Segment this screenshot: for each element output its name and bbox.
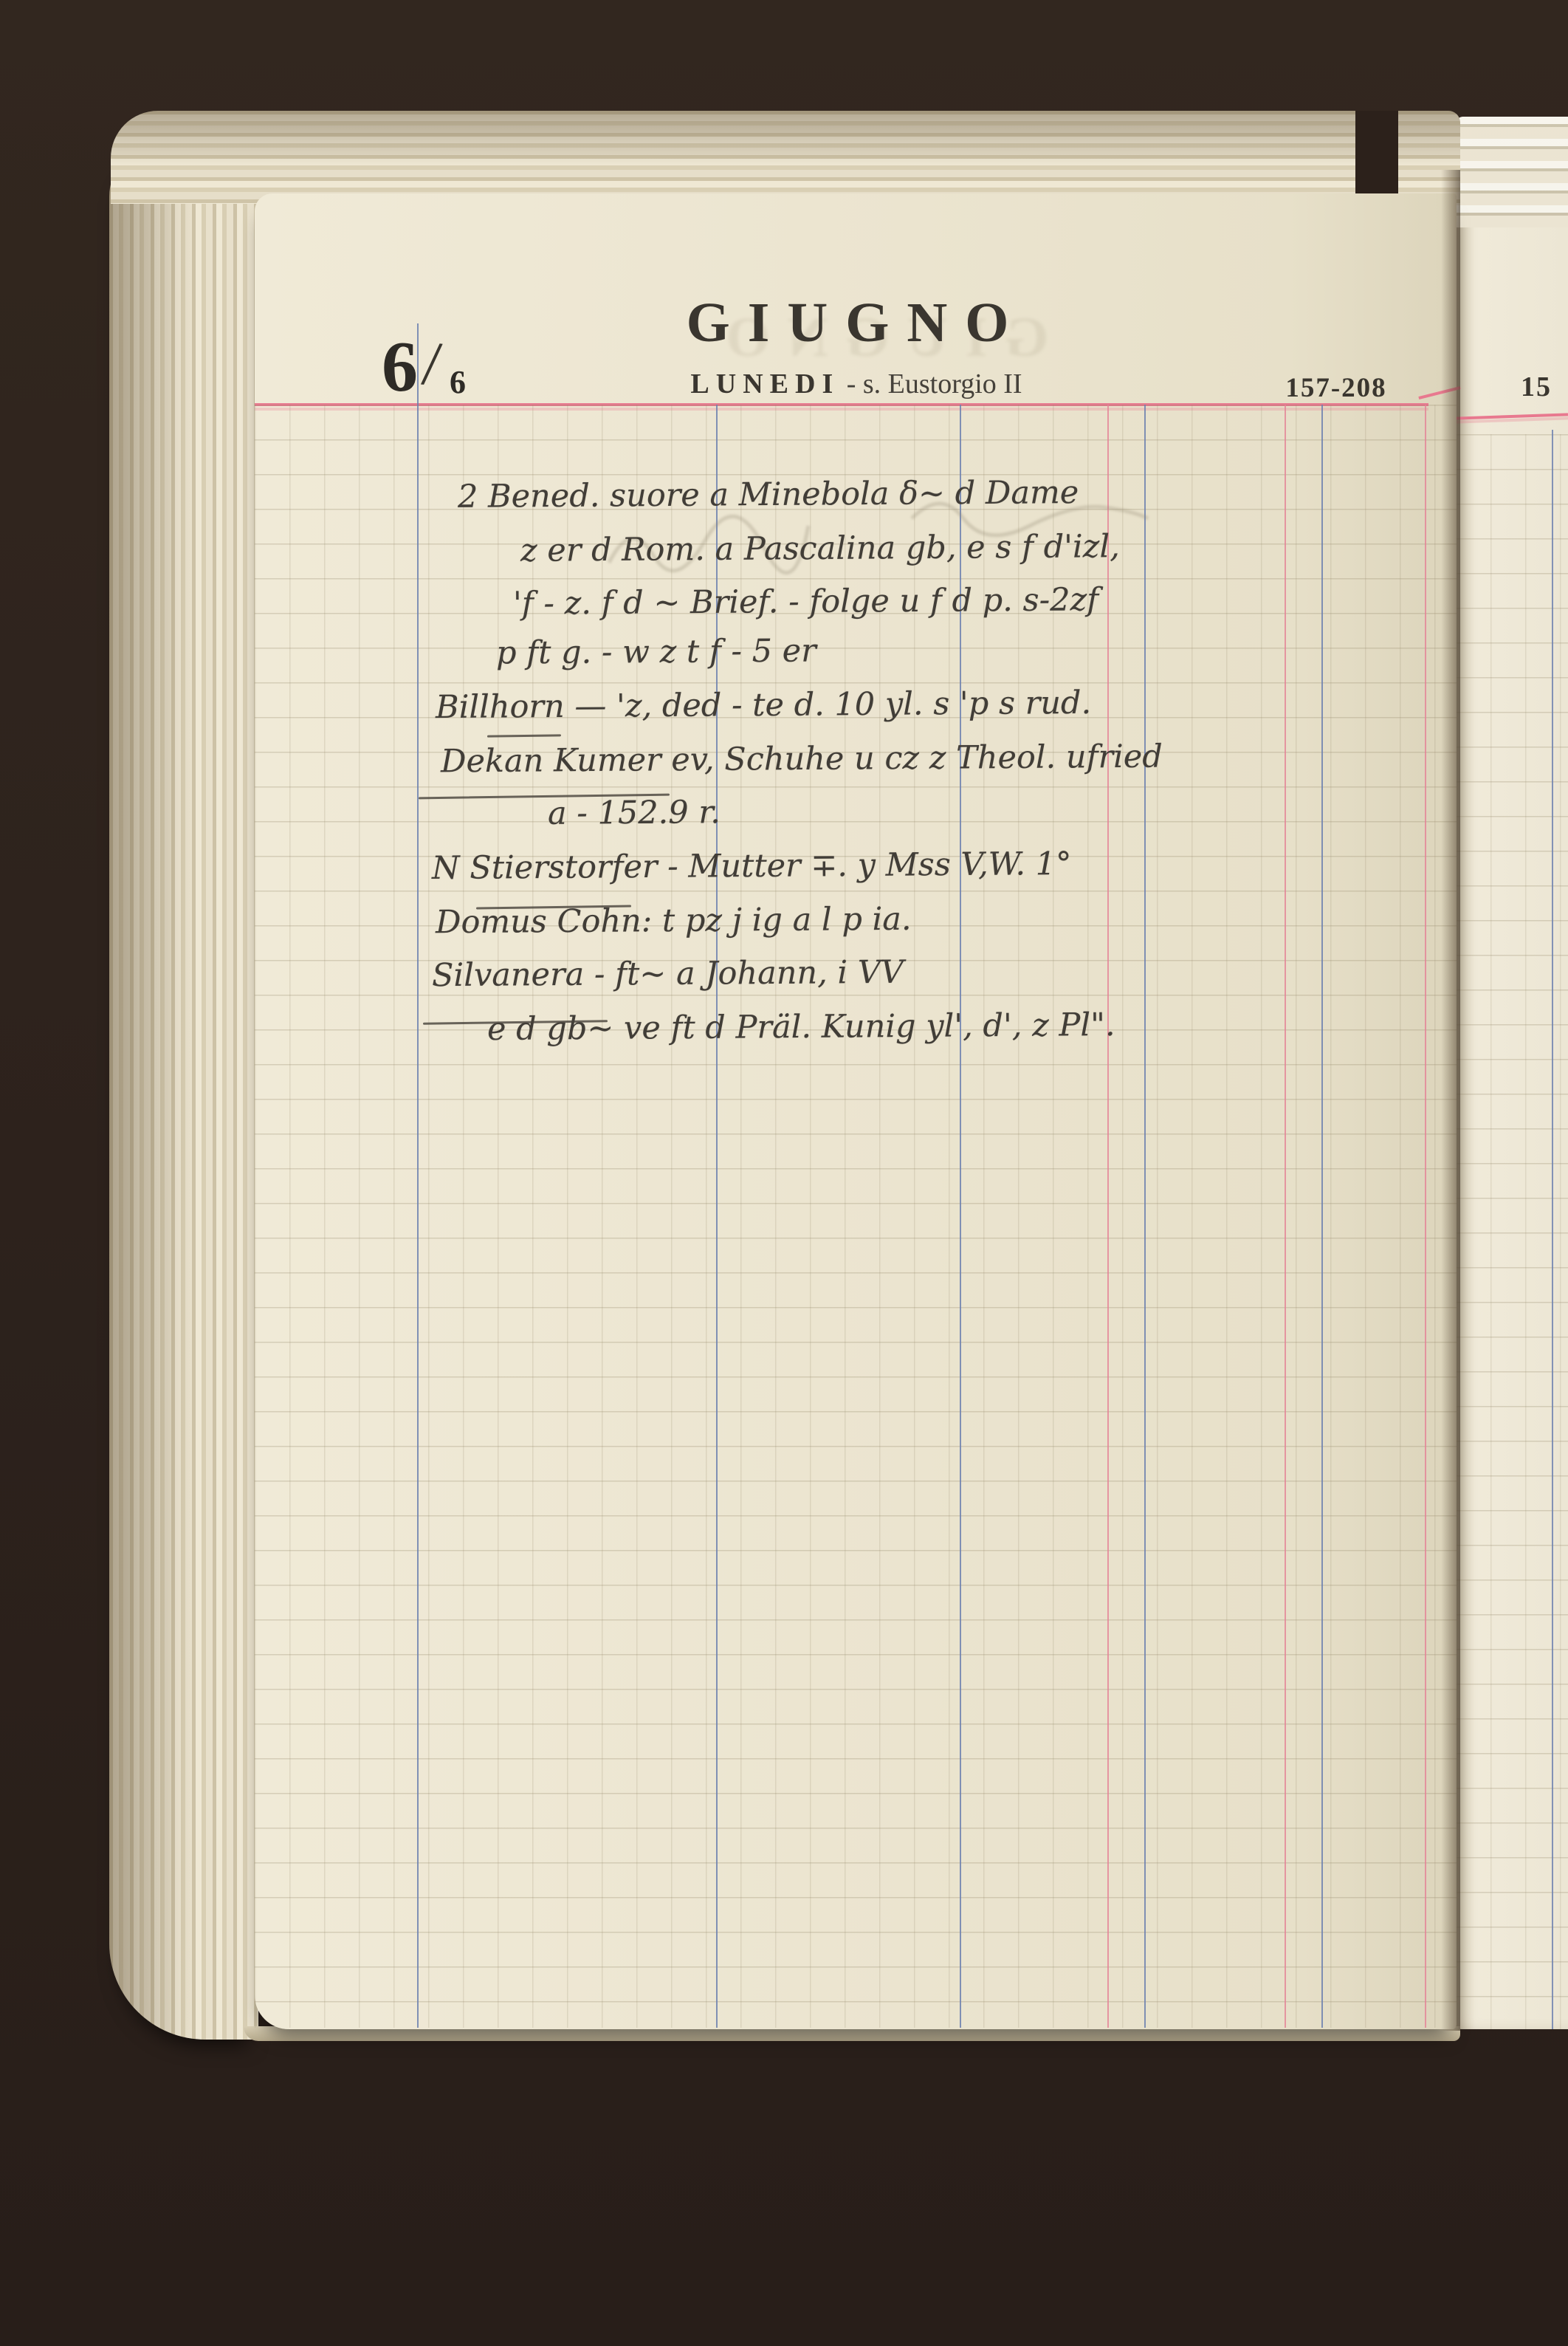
handwriting-line: z er d Rom. a Pascalina gb, e s f d'izl, bbox=[520, 528, 1120, 569]
handwriting-line: N Stierstorfer - Mutter ∓. y Mss V,W. 1° bbox=[432, 846, 1072, 887]
page-top-curl bbox=[1456, 117, 1568, 227]
handwriting-line: e d gb~ ve ft d Präl. Kunig yl', d', z P… bbox=[487, 1006, 1115, 1048]
next-page-pink-rule bbox=[1456, 413, 1568, 419]
handwriting-line: 2 Bened. suore a Minebola δ~ d Dame bbox=[458, 474, 1079, 515]
ruling-line-red bbox=[1285, 405, 1286, 2028]
date-day: 6 bbox=[382, 331, 418, 403]
next-page-blue-line bbox=[1552, 430, 1553, 2029]
handwriting-line: Silvanera - ft~ a Johann, i VV bbox=[432, 954, 904, 994]
ruling-line-blue bbox=[1144, 405, 1146, 2028]
month-title: GIUGNO bbox=[550, 291, 1163, 355]
next-page-sliver: 15 bbox=[1456, 117, 1568, 2029]
ruling-line-red bbox=[1425, 405, 1426, 2028]
day-separator: - bbox=[839, 368, 863, 399]
handwriting-line: Dekan Kumer ev, Schuhe u cz z Theol. ufr… bbox=[441, 738, 1163, 781]
gutter-shadow bbox=[1441, 170, 1460, 2031]
top-page-edges bbox=[111, 111, 1460, 204]
ruling-line-blue bbox=[417, 323, 419, 2028]
date-slash: / bbox=[419, 326, 444, 401]
page-ref: 157-208 bbox=[1259, 372, 1414, 404]
diary-page: GIUGNO 6 / 6 GIUGNO LUNEDI - s. Eustorgi… bbox=[255, 193, 1457, 2029]
saint-name: s. Eustorgio II bbox=[863, 368, 1022, 399]
handwriting-line: Billhorn — 'z, ded - te d. 10 yl. s 'p s… bbox=[436, 685, 1091, 726]
next-page-ref: 15 bbox=[1521, 371, 1568, 403]
day-line: LUNEDI - s. Eustorgio II bbox=[498, 368, 1214, 400]
ruling-line-red bbox=[1107, 405, 1109, 2028]
day-name: LUNEDI bbox=[690, 368, 839, 399]
left-page-edges bbox=[109, 145, 258, 2040]
handwriting-line: p ft g. - w z t f - 5 er bbox=[496, 632, 816, 671]
handwriting-line: 'f - z. f d ~ Brief. - folge u f d p. s-… bbox=[513, 581, 1098, 622]
handwriting-line: a - 152.9 r. bbox=[548, 794, 721, 832]
date-month-num: 6 bbox=[450, 363, 466, 401]
ruling-line-blue bbox=[1321, 405, 1323, 2028]
ruling-line-blue bbox=[960, 405, 961, 2028]
squared-grid bbox=[255, 405, 1457, 2028]
